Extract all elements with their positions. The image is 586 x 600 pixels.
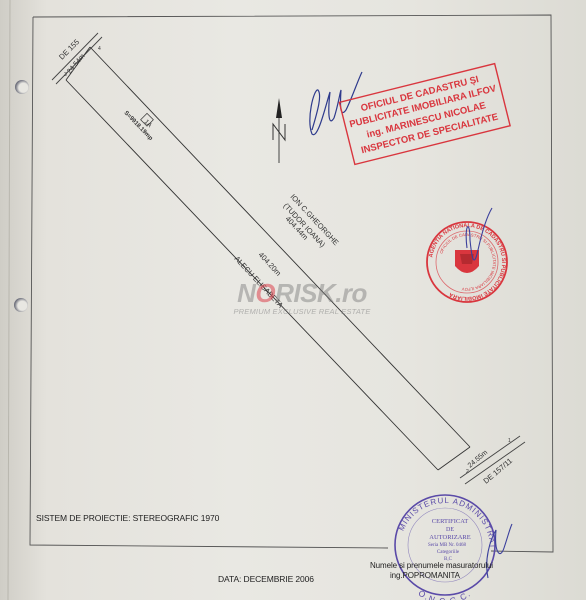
ocpi-rect-stamp: OFICIUL DE CADASTRU ȘI PUBLICITATE IMOBI… xyxy=(339,64,510,165)
corner-4: 4 xyxy=(98,46,101,52)
norisk-watermark: NORISK.ro PREMIUM EXCLUSIVE REAL ESTATE xyxy=(222,280,382,316)
watermark-brand: NORISK.ro xyxy=(222,280,382,306)
svg-text:AUTORIZARE: AUTORIZARE xyxy=(429,534,470,541)
corner-3: 3 xyxy=(64,72,67,78)
corner-1: 1 xyxy=(508,438,511,444)
corner-2: 2 xyxy=(466,469,469,475)
svg-text:DE: DE xyxy=(446,527,454,533)
svg-text:Seria MB Nr. 0468: Seria MB Nr. 0468 xyxy=(428,543,467,548)
ancpi-round-seal: AGENTIA NATIONALA DE CADASTRU SI PUBLICI… xyxy=(427,222,507,302)
svg-text:CERTIFICAT: CERTIFICAT xyxy=(432,518,468,525)
west-side-length: 404.20m xyxy=(257,250,283,277)
label-north-width: 24.54m xyxy=(66,53,86,76)
surveyor-name: ing.POPROMANITA xyxy=(390,571,460,580)
survey-document: DE 155 24.54m 3 4 1A S=9918.19mp ION C.G… xyxy=(0,0,586,600)
svg-text:Categoriile: Categoriile xyxy=(437,550,460,555)
svg-text:O.N.C.G.C.: O.N.C.G.C. xyxy=(417,588,473,600)
surveyor-label: Numele si prenumele masuratorului xyxy=(370,561,493,570)
document-date: DATA: DECEMBRIE 2006 xyxy=(218,574,314,584)
watermark-tagline: PREMIUM EXCLUSIVE REAL ESTATE xyxy=(222,307,382,316)
label-south-width: 24.55m xyxy=(467,449,490,469)
projection-system: SISTEM DE PROIECTIE: STEREOGRAFIC 1970 xyxy=(36,513,219,523)
north-arrow-icon xyxy=(273,98,285,163)
